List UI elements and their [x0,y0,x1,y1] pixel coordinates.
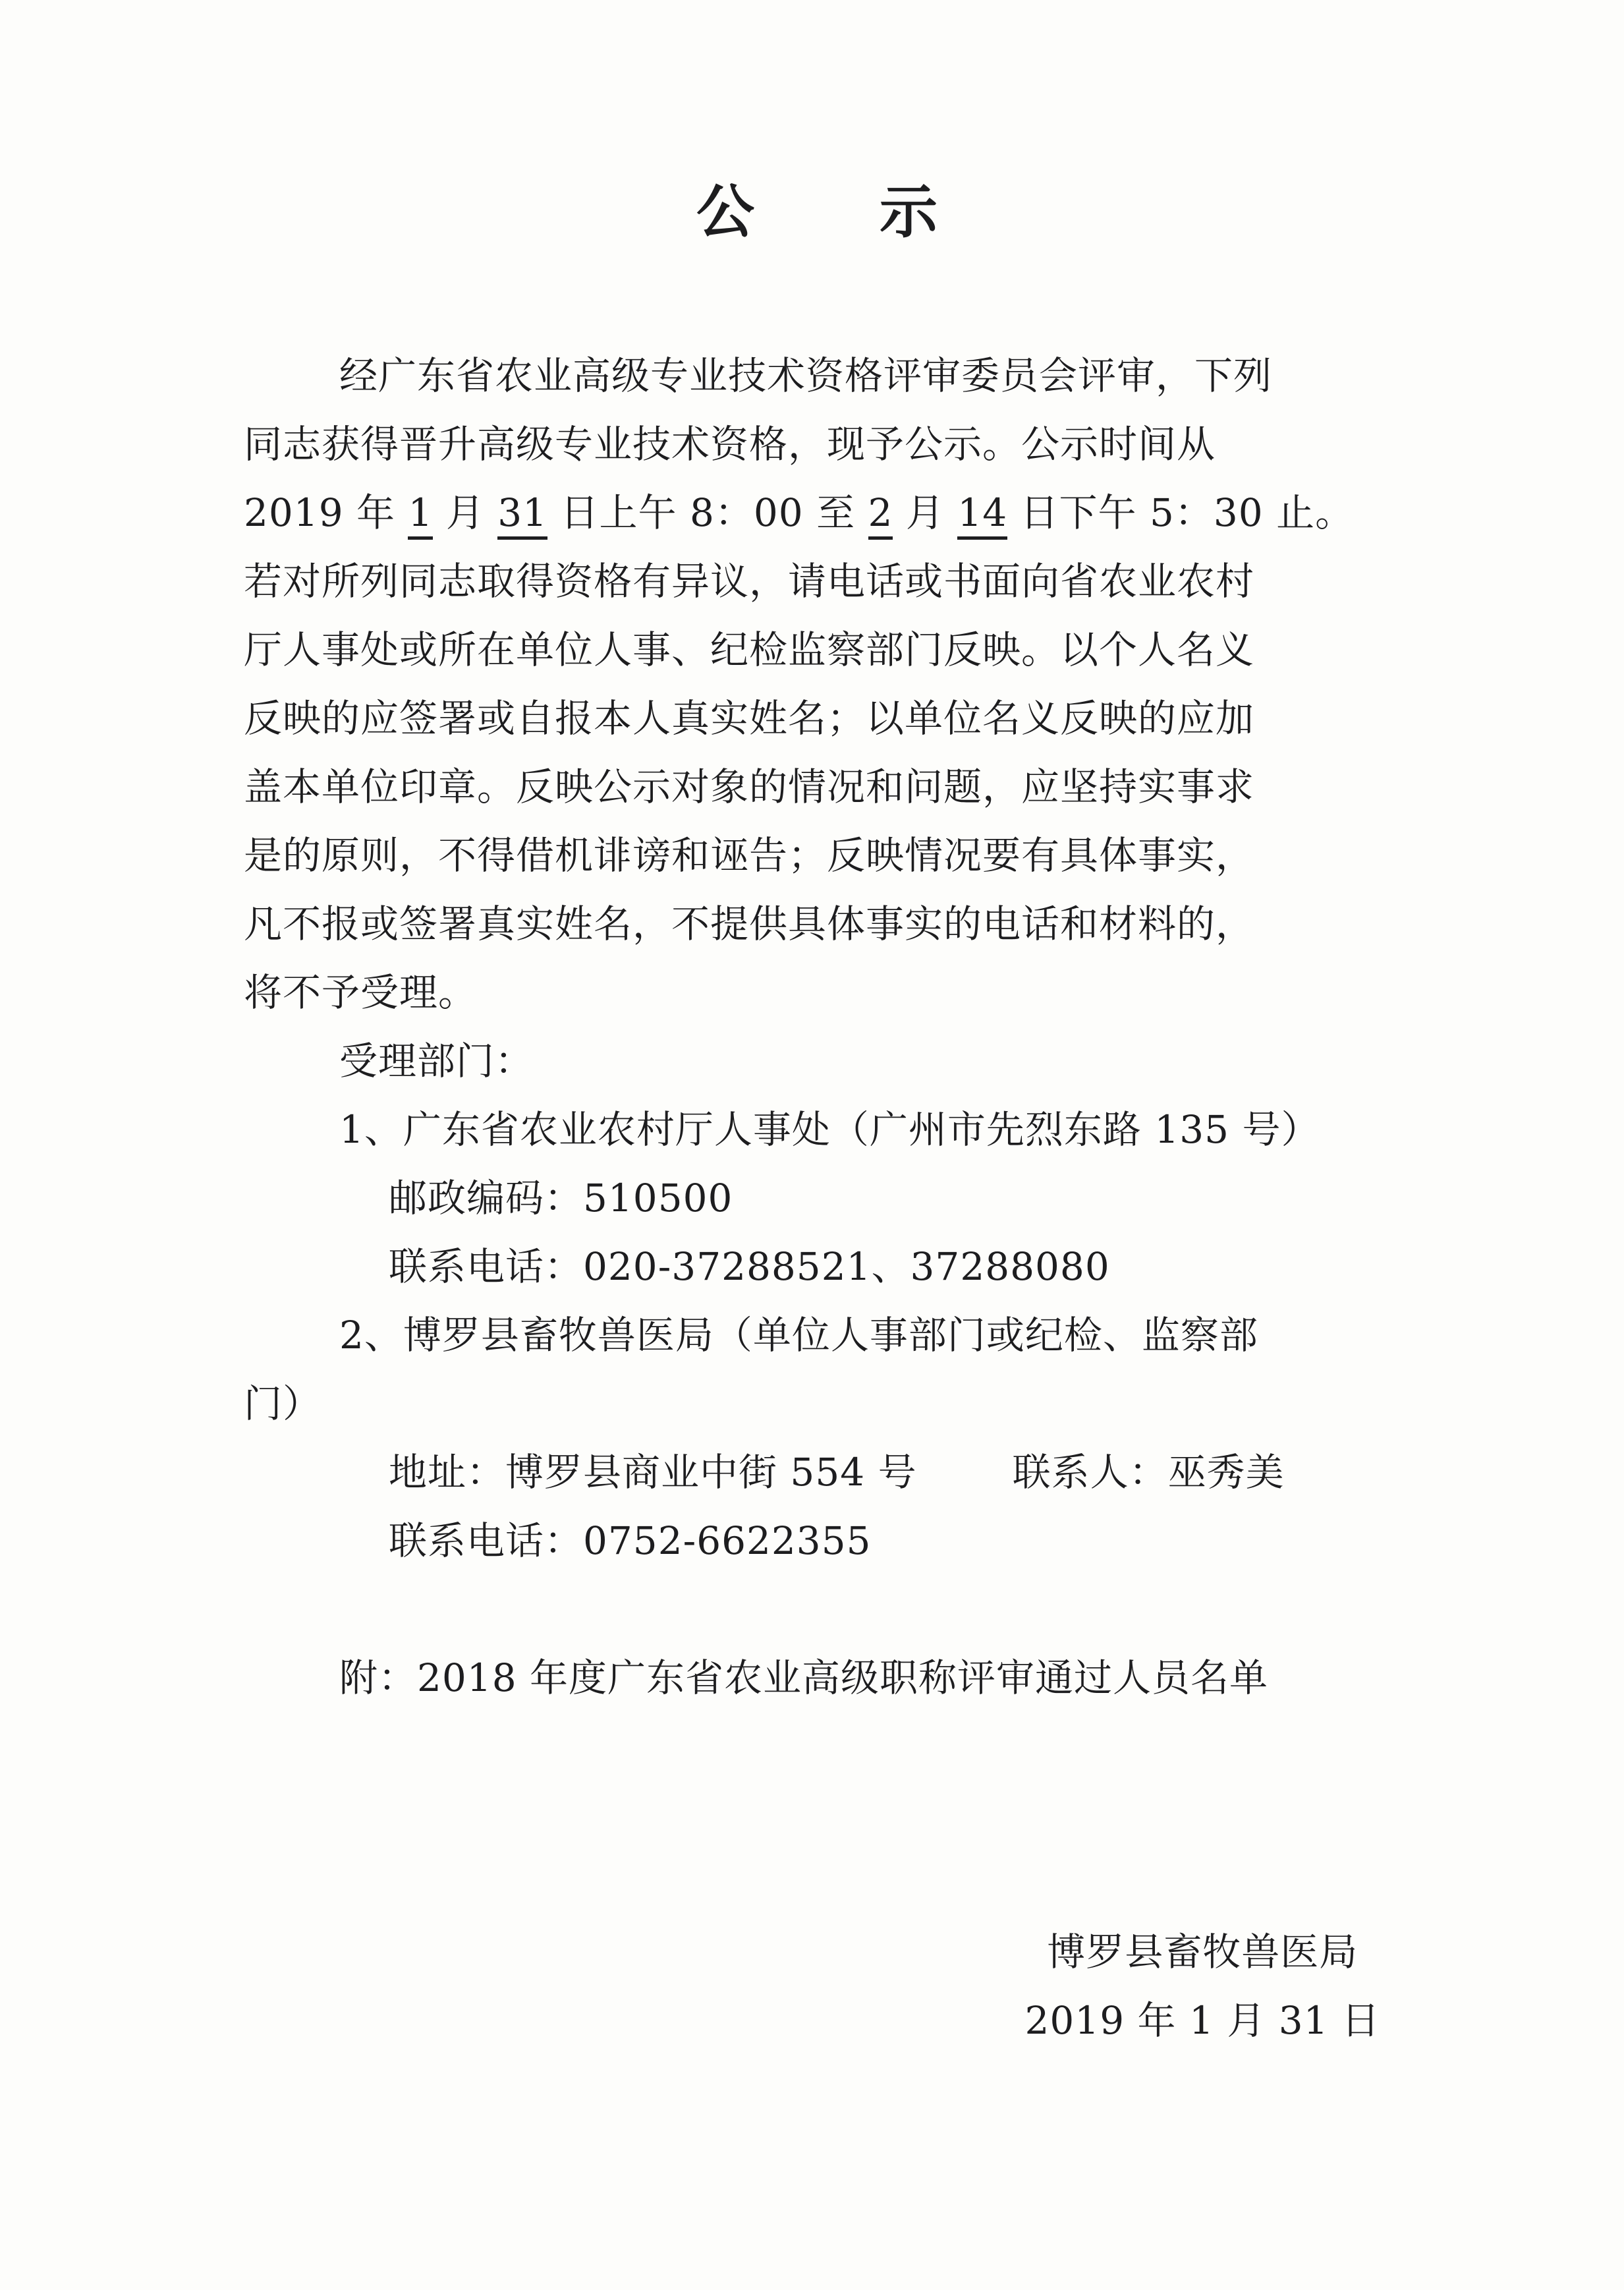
announcement-document-page: 公示 经广东省农业高级专业技术资格评审委员会评审，下列 同志获得晋升高级专业技术… [0,0,1624,2290]
dept1-phone-line: 联系电话：020-37288521、37288080 [244,1232,1390,1301]
dept2-phone-line: 联系电话：0752-6622355 [244,1506,1390,1575]
title-char-left: 公 [696,177,754,246]
para-line-9: 凡不报或签署真实姓名，不提供具体事实的电话和材料的， [244,890,1390,958]
date-segment-underlined: 2 [868,490,893,540]
date-segment-underlined: 1 [408,490,433,540]
dept1-postcode-line: 邮政编码：510500 [244,1164,1390,1232]
date-segment-underlined: 31 [497,490,547,540]
dept2-address-contact-line: 地址：博罗县商业中街 554 号联系人：巫秀美 [244,1438,1390,1506]
dept2-name-line-1: 2、博罗县畜牧兽医局（单位人事部门或纪检、监察部 [244,1301,1390,1369]
signature-date: 2019 年 1 月 31 日 [1025,1986,1381,2055]
dept1-name-line: 1、广东省农业农村厅人事处（广州市先烈东路 135 号） [244,1095,1390,1164]
acceptance-heading: 受理部门： [244,1027,1390,1095]
dept2-name-line-2: 门） [244,1369,1390,1438]
date-line: 2019 年 1 月 31 日上午 8：00 至 2 月 14 日下午 5：30… [244,478,1390,547]
announcement-body: 经广东省农业高级专业技术资格评审委员会评审，下列 同志获得晋升高级专业技术资格，… [244,341,1390,2055]
para-line-6: 反映的应签署或自报本人真实姓名；以单位名义反映的应加 [244,684,1390,753]
date-segment: 月 [893,490,957,535]
date-segment: 月 [433,490,497,535]
date-segment: 日上午 8：00 至 [547,490,868,535]
title-char-right: 示 [880,177,938,246]
attachment-line: 附：2018 年度广东省农业高级职称评审通过人员名单 [244,1644,1390,1712]
para-line-4: 若对所列同志取得资格有异议，请电话或书面向省农业农村 [244,547,1390,615]
signature-block: 博罗县畜牧兽医局 2019 年 1 月 31 日 [1025,1918,1381,2055]
document-content: 公示 经广东省农业高级专业技术资格评审委员会评审，下列 同志获得晋升高级专业技术… [0,0,1624,2055]
para-line-2: 同志获得晋升高级专业技术资格，现予公示。公示时间从 [244,410,1390,478]
dept2-address: 地址：博罗县商业中街 554 号 [389,1450,917,1495]
date-segment-underlined: 14 [957,490,1007,540]
para-line-5: 厅人事处或所在单位人事、纪检监察部门反映。以个人名义 [244,615,1390,684]
date-segment: 2019 年 [244,490,408,535]
para-line-7: 盖本单位印章。反映公示对象的情况和问题，应坚持实事求 [244,753,1390,821]
date-segment: 日下午 5：30 止。 [1007,490,1354,535]
para-line-1: 经广东省农业高级专业技术资格评审委员会评审，下列 [244,341,1390,410]
para-line-10: 将不予受理。 [244,958,1390,1027]
page-title: 公示 [244,0,1390,254]
signature-org: 博罗县畜牧兽医局 [1025,1918,1381,1986]
dept2-contact: 联系人：巫秀美 [1013,1450,1285,1495]
para-line-8: 是的原则，不得借机诽谤和诬告；反映情况要有具体事实， [244,821,1390,890]
